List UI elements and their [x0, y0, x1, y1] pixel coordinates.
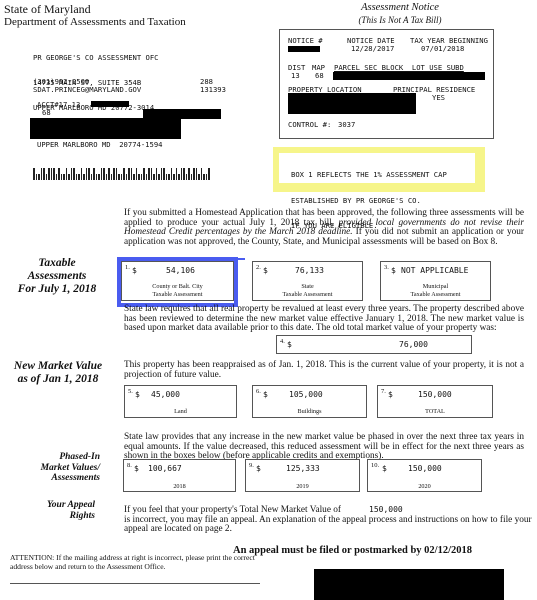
redacted-parcel	[333, 72, 485, 80]
tax-year-value: 07/01/2018	[421, 45, 464, 53]
control-label: CONTROL #:	[288, 121, 331, 129]
notice-number-label: NOTICE #	[288, 37, 323, 45]
postal-barcode	[33, 168, 213, 180]
map-value: 68	[315, 72, 324, 80]
market-value-paragraph: This property has been reappraised as of…	[124, 361, 524, 380]
control-value: 3037	[338, 121, 355, 129]
appeal-total-value: 150,000	[369, 505, 403, 514]
box-3-municipal-assessment: 3. $ NOT APPLICABLE Municipal Taxable As…	[380, 261, 491, 301]
appeal-rights-heading: Your Appeal Rights	[2, 500, 95, 521]
notice-title: Assessment Notice	[345, 2, 455, 13]
account-line-2: 68	[42, 109, 51, 117]
appeal-paragraph: If you feel that your property's Total N…	[124, 505, 534, 535]
homestead-paragraph: If you submitted a Homestead Application…	[124, 209, 524, 247]
notice-info-box: NOTICE # NOTICE DATE 12/28/2017 TAX YEAR…	[279, 29, 494, 139]
notice-subtitle: (This Is Not A Tax Bill)	[345, 15, 455, 25]
office-email: SDAT.PRINCEG@MARYLAND.GOV	[33, 86, 141, 94]
dist-value: 13	[291, 72, 300, 80]
principal-residence-value: YES	[432, 94, 445, 102]
box-5-land-value: 5. $ 45,000 Land	[124, 385, 237, 418]
cap-line-1: BOX 1 REFLECTS THE 1% ASSESSMENT CAP	[291, 171, 475, 180]
phased-in-paragraph: State law provides that any increase in …	[124, 433, 524, 462]
phased-in-heading: Phased-In Market Values/ Assessments	[2, 452, 100, 484]
redacted-account	[91, 101, 129, 107]
taxable-assessments-heading: Taxable Assessments For July 1, 2018	[2, 257, 112, 296]
box-9-2019-value: 9. $ 125,333 2019	[245, 459, 360, 492]
new-market-value-heading: New Market Value as of Jan 1, 2018	[2, 360, 114, 386]
cap-line-2: ESTABLISHED BY PR GEORGE'S CO.	[291, 197, 475, 206]
box-10-2020-value: 10. $ 150,000 2020	[367, 459, 482, 492]
redacted-address	[30, 118, 181, 139]
attention-notice: ATTENTION: If the mailing address at rig…	[10, 553, 270, 572]
parcel-labels: PARCEL SEC BLOCK LOT USE SUBD	[334, 64, 464, 72]
box-8-2018-value: 8. $ 100,667 2018	[123, 459, 236, 492]
assessment-cap-notice: BOX 1 REFLECTS THE 1% ASSESSMENT CAP EST…	[273, 147, 485, 192]
box-4-old-market-value: 4. $ 76,000	[276, 335, 472, 354]
box-6-buildings-value: 6. $ 105,000 Buildings	[252, 385, 367, 418]
box-7-total-value: 7. $ 150,000 TOTAL	[377, 385, 493, 418]
redacted-mailing-address	[314, 569, 504, 600]
notice-date-value: 12/28/2017	[351, 45, 394, 53]
redacted-notice-number	[288, 46, 320, 52]
department-name: Department of Assessments and Taxation	[4, 16, 186, 28]
correction-address-line[interactable]	[10, 583, 260, 584]
state-name: State of Maryland	[4, 2, 91, 17]
highlight-box-1	[117, 257, 238, 307]
office-name: PR GEORGE'S CO ASSESSMENT OFC	[33, 54, 159, 62]
office-code-2: 131393	[200, 86, 226, 94]
box-2-state-assessment: 2. $ 76,133 State Taxable Assessment	[252, 261, 363, 301]
redacted-property-location	[288, 93, 416, 114]
revalue-paragraph: State law requires that all real propert…	[124, 305, 524, 334]
mailing-city: UPPER MARLBORO MD 20774-1594	[37, 141, 163, 149]
